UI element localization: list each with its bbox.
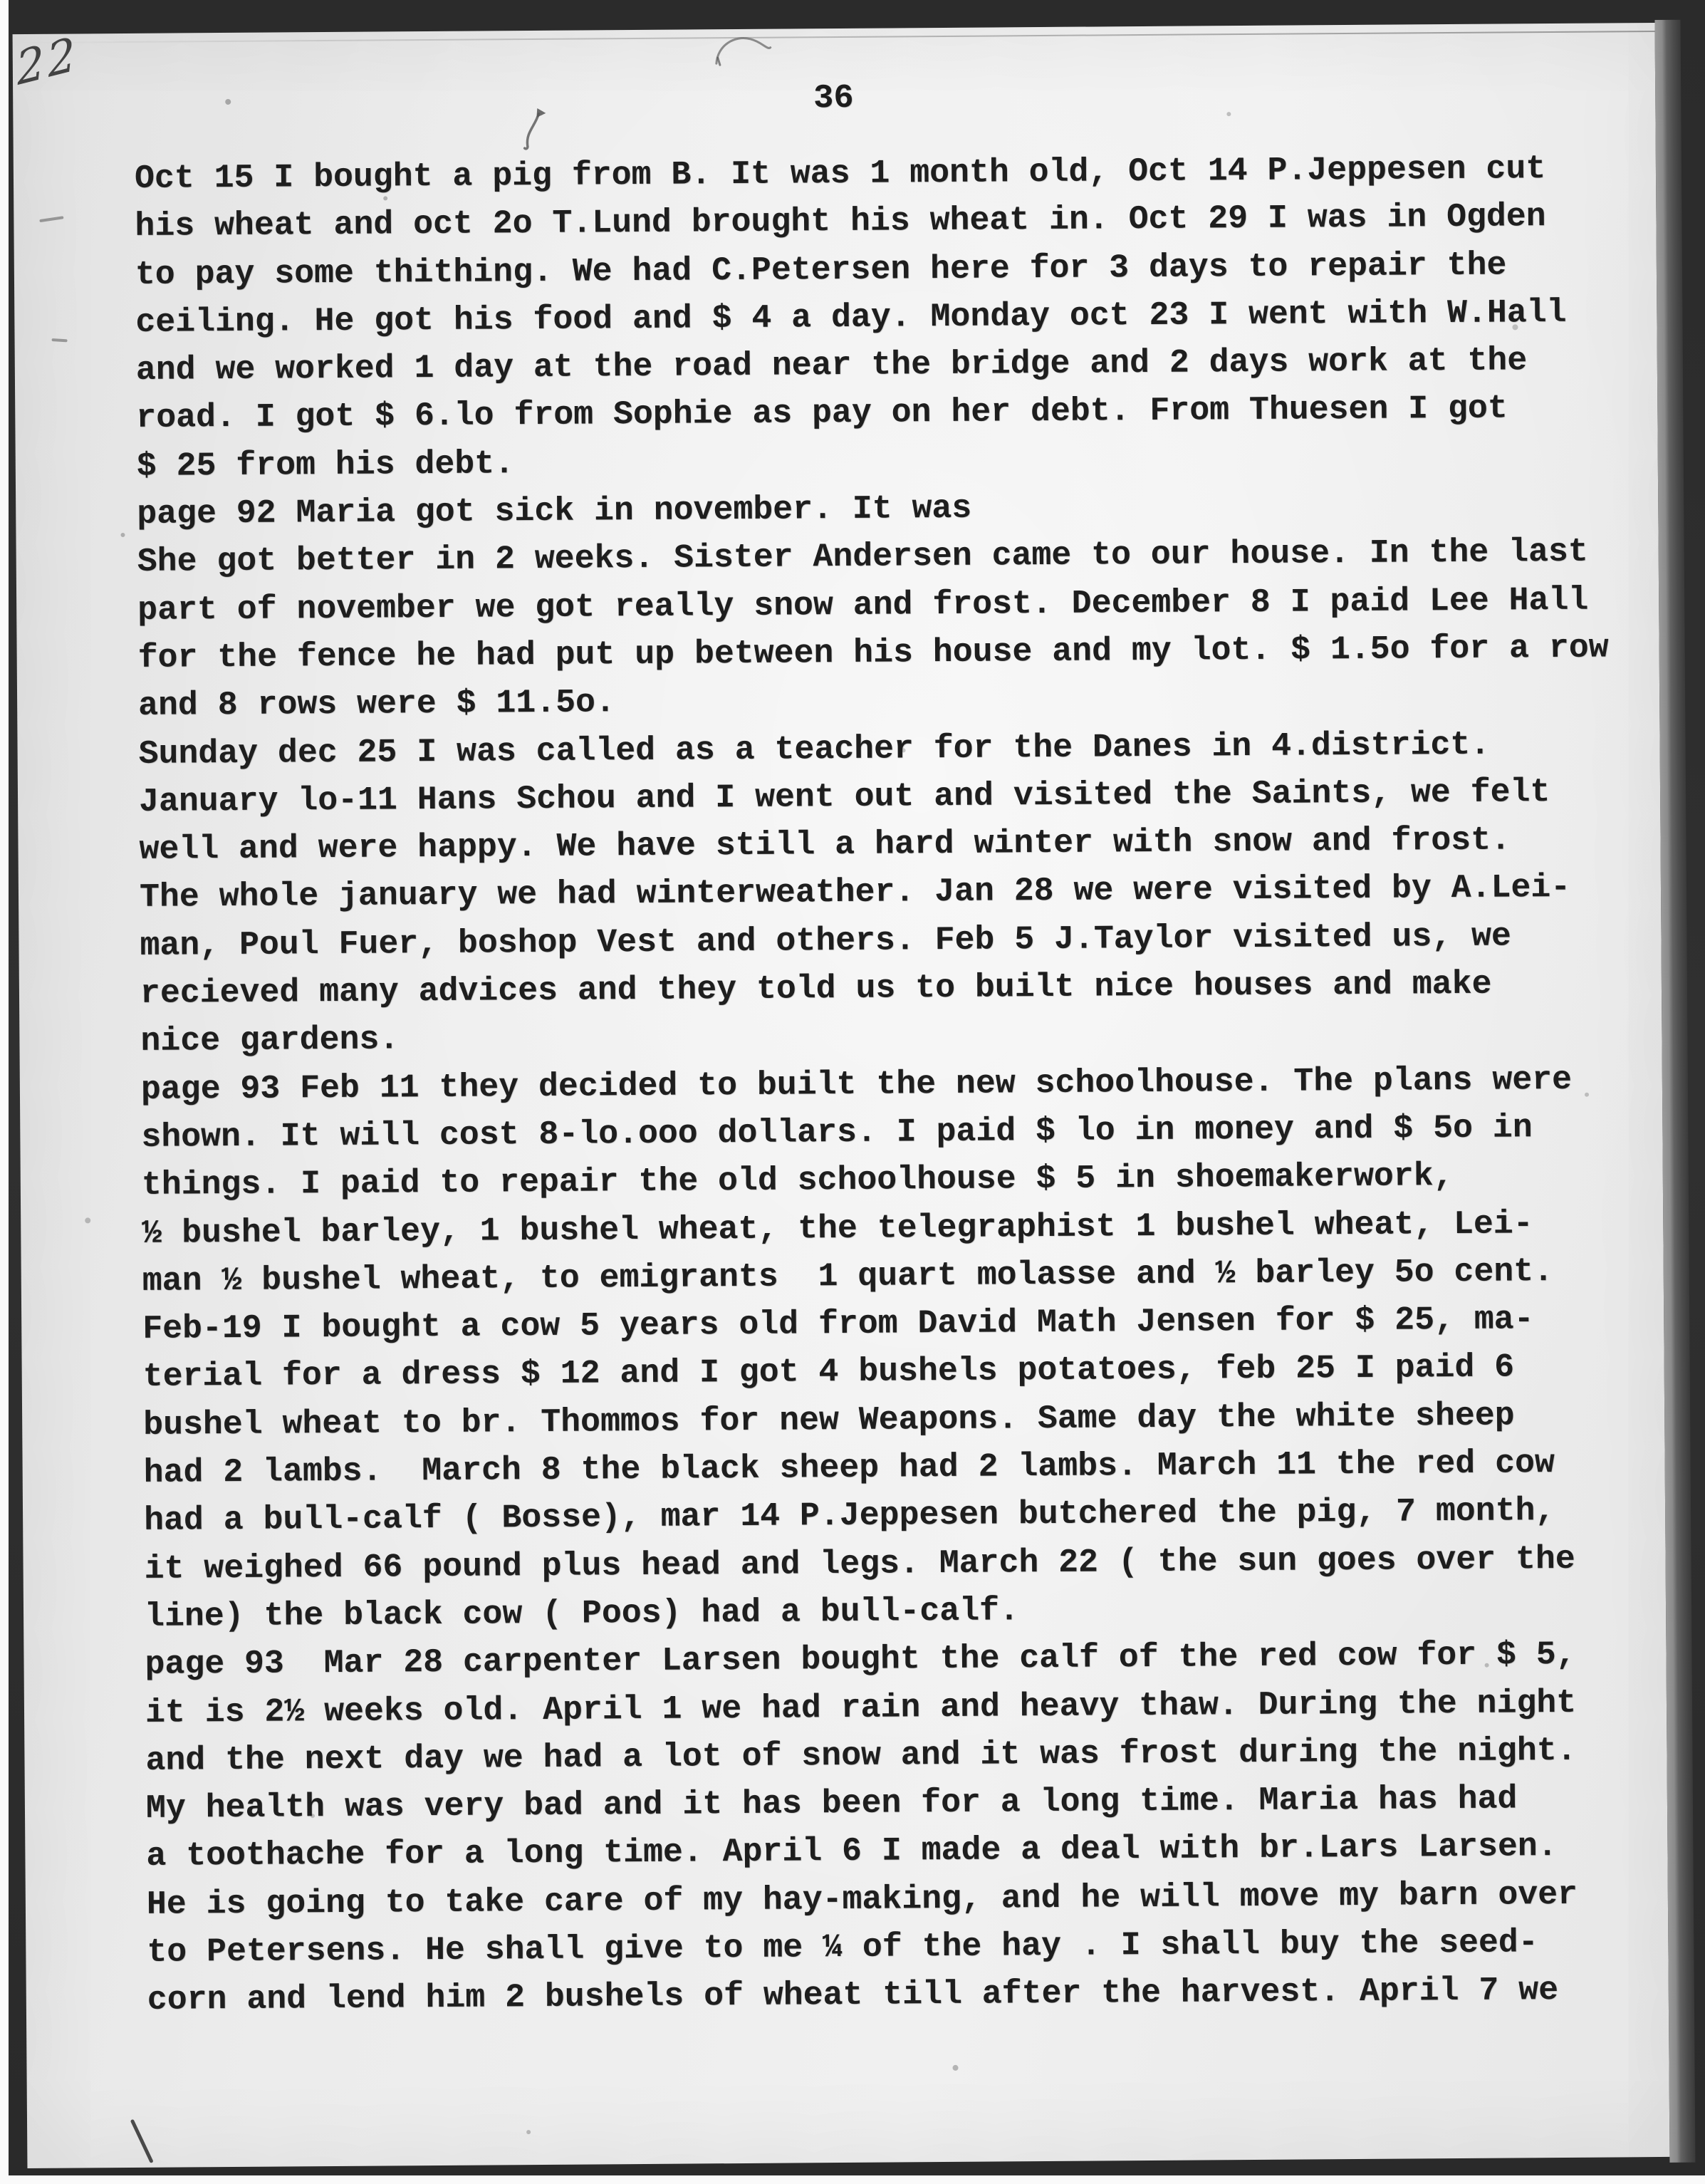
paper-crease bbox=[13, 31, 1655, 43]
document-page: 22 36 Oct 15 I bought a pig from B. It w… bbox=[13, 23, 1670, 2168]
typed-line: road. I got $ 6.lo from Sophie as pay on… bbox=[136, 384, 1607, 442]
typed-line: corn and lend him 2 bushels of wheat til… bbox=[147, 1966, 1618, 2024]
handwritten-page-number: 22 bbox=[14, 27, 80, 96]
margin-mark bbox=[51, 338, 67, 342]
scan-border: 22 36 Oct 15 I bought a pig from B. It w… bbox=[9, 0, 1705, 2175]
typed-text: Oct 15 I bought a pig from B. It was 1 m… bbox=[135, 144, 1618, 2024]
margin-mark bbox=[39, 216, 63, 222]
pen-mark-squiggle bbox=[497, 98, 562, 163]
pen-mark-curl bbox=[711, 26, 782, 73]
pen-mark-stroke bbox=[127, 2117, 173, 2168]
typed-line: it weighed 66 pound plus head and legs. … bbox=[144, 1534, 1615, 1593]
photo-frame: 22 36 Oct 15 I bought a pig from B. It w… bbox=[0, 0, 1705, 2184]
scan-specks bbox=[13, 34, 16, 37]
page-number: 36 bbox=[813, 80, 854, 118]
